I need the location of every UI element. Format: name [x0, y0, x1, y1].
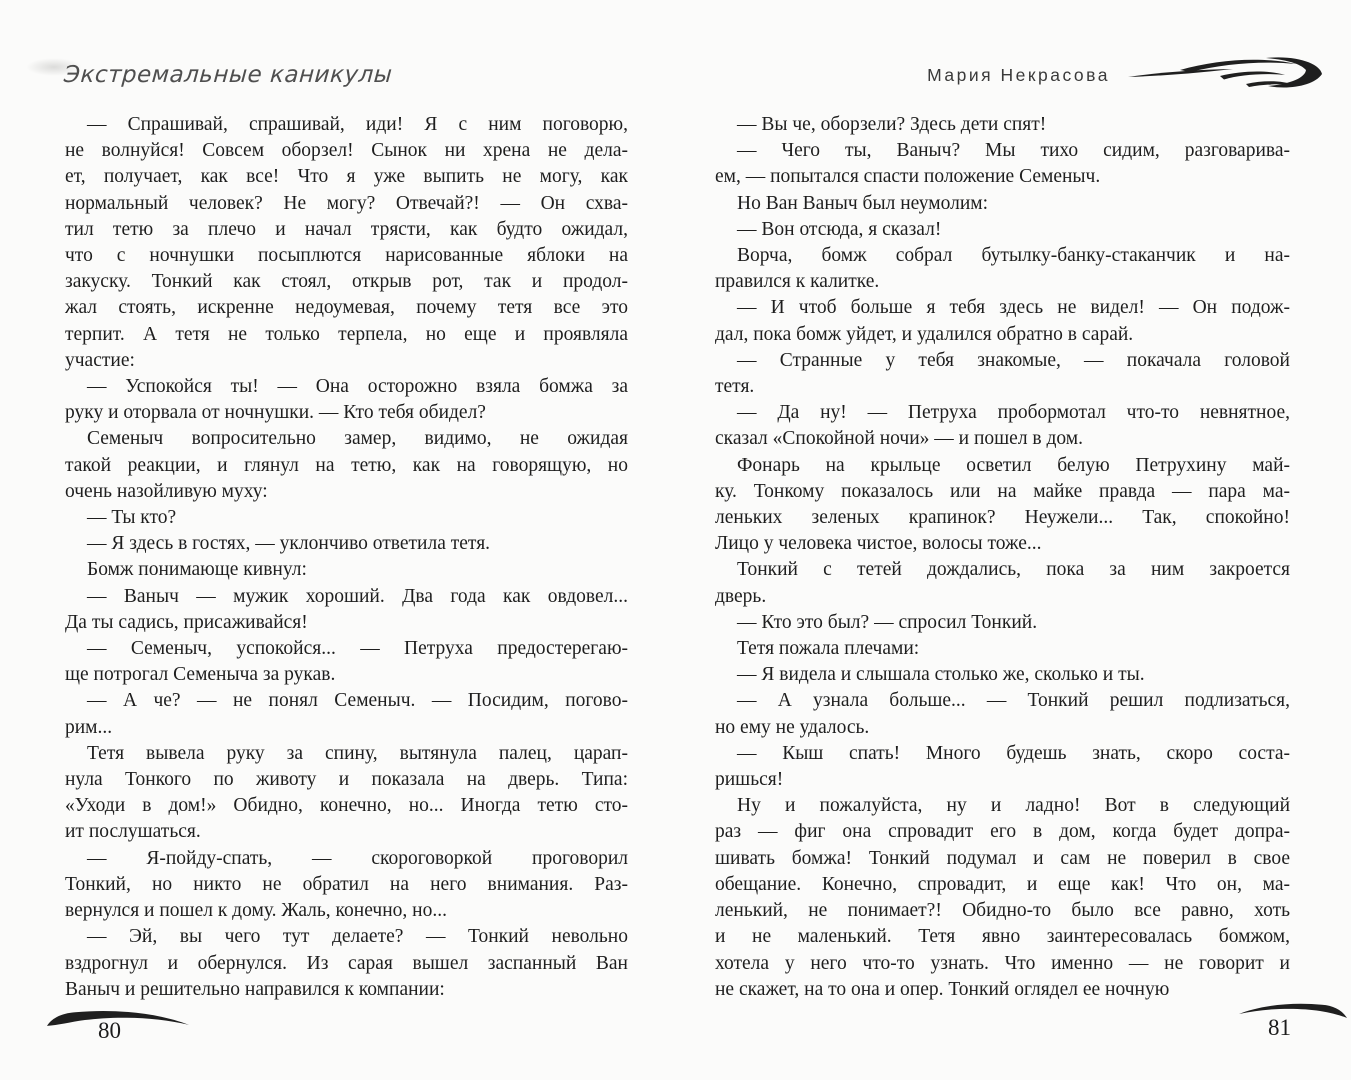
right-page-text: — Вы че, оборзели? Здесь дети спят!— Чег… — [715, 112, 1290, 1003]
text-line: ришься! — [715, 767, 1290, 793]
text-line: Семеныч вопросительно замер, видимо, не … — [65, 426, 628, 452]
text-line: «Уходи в дом!» Обидно, конечно, но... Ин… — [65, 793, 628, 819]
text-line: Да ты садись, присаживайся! — [65, 610, 628, 636]
text-line: — Ты кто? — [65, 505, 628, 531]
paragraph: — Семеныч, успокойся... — Петруха предос… — [65, 636, 628, 688]
text-line: хотела у него что-то узнать. Что именно … — [715, 951, 1290, 977]
text-line: Тетя пожала плечами: — [715, 636, 1290, 662]
text-line: закуску. Тонкий как стоял, открыв рот, т… — [65, 269, 628, 295]
text-line: Ваныч и решительно направился к компании… — [65, 977, 628, 1003]
text-line: сказал «Спокойной ночи» — и пошел в дом. — [715, 426, 1290, 452]
text-line: тетя. — [715, 374, 1290, 400]
paragraph: Тонкий с тетей дождались, пока за ним за… — [715, 557, 1290, 609]
text-line: терпит. А тетя не только терпела, но еще… — [65, 322, 628, 348]
text-line: правился к калитке. — [715, 269, 1290, 295]
text-line: Тетя вывела руку за спину, вытянула пале… — [65, 741, 628, 767]
text-line: тил тетю за плечо и начал трясти, как бу… — [65, 217, 628, 243]
paragraph: — Кыш спать! Много будешь знать, скоро с… — [715, 741, 1290, 793]
paragraph: Ворча, бомж собрал бутылку-банку-стаканч… — [715, 243, 1290, 295]
text-line: — Я-пойду-спать, — скороговоркой прогово… — [65, 846, 628, 872]
text-line: не скажет, на то она и опер. Тонкий огля… — [715, 977, 1290, 1003]
text-line: нула Тонкого по животу и показала на две… — [65, 767, 628, 793]
page-number-left-group: 80 — [46, 1002, 206, 1050]
page-swoosh-right-icon — [1238, 1003, 1348, 1025]
text-line: не волнуйся! Совсем оборзел! Сынок ни хр… — [65, 138, 628, 164]
text-line: — Я здесь в гостях, — уклончиво ответила… — [65, 531, 628, 557]
text-line: жал стоять, искренне недоумевая, почему … — [65, 295, 628, 321]
text-line: — Кто это был? — спросил Тонкий. — [715, 610, 1290, 636]
paragraph: — Эй, вы чего тут делаете? — Тонкий нево… — [65, 924, 628, 1003]
text-line: дверь. — [715, 584, 1290, 610]
paragraph: — Ты кто? — [65, 505, 628, 531]
paragraph: — Я видела и слышала столько же, сколько… — [715, 662, 1290, 688]
text-line: — Успокойся ты! — Она осторожно взяла бо… — [65, 374, 628, 400]
paragraph: — Чего ты, Ваныч? Мы тихо сидим, разгова… — [715, 138, 1290, 190]
text-line: руку и оторвала от ночнушки. — Кто тебя … — [65, 400, 628, 426]
text-line: ленький, не понимает?! Обидно-то было вс… — [715, 898, 1290, 924]
text-line: ще потрогал Семеныча за рукав. — [65, 662, 628, 688]
wave-flourish-icon — [1128, 56, 1324, 94]
text-line: вернулся и пошел к дому. Жаль, конечно, … — [65, 898, 628, 924]
text-line: такой реакции, и глянул на тетю, как на … — [65, 453, 628, 479]
paragraph: — Вон отсюда, я сказал! — [715, 217, 1290, 243]
paragraph: — Странные у тебя знакомые, — покачала г… — [715, 348, 1290, 400]
paragraph: — Я-пойду-спать, — скороговоркой прогово… — [65, 846, 628, 925]
paragraph: Ну и пожалуйста, ну и ладно! Вот в следу… — [715, 793, 1290, 1003]
text-line: — Эй, вы чего тут делаете? — Тонкий нево… — [65, 924, 628, 950]
paragraph: — Вы че, оборзели? Здесь дети спят! — [715, 112, 1290, 138]
text-line: Тонкий, но никто не обратил на него вним… — [65, 872, 628, 898]
text-line: Ворча, бомж собрал бутылку-банку-стаканч… — [715, 243, 1290, 269]
paragraph: — И чтоб больше я тебя здесь не видел! —… — [715, 295, 1290, 347]
paragraph: — Кто это был? — спросил Тонкий. — [715, 610, 1290, 636]
paragraph: Бомж понимающе кивнул: — [65, 557, 628, 583]
text-line: обещание. Конечно, спровадит, и еще как!… — [715, 872, 1290, 898]
page-number-right: 81 — [1268, 1015, 1291, 1041]
text-line: — Да ну! — Петруха пробормотал что-то не… — [715, 400, 1290, 426]
text-line: — Кыш спать! Много будешь знать, скоро с… — [715, 741, 1290, 767]
text-line: вздрогнул и обернулся. Из сарая вышел за… — [65, 951, 628, 977]
text-line: что с ночнушки посыплются нарисованные я… — [65, 243, 628, 269]
text-line: очень назойливую муху: — [65, 479, 628, 505]
left-page-text: — Спрашивай, спрашивай, иди! Я с ним пог… — [65, 112, 628, 1003]
text-line: ку. Тонкому показалось или на майке прав… — [715, 479, 1290, 505]
paragraph: Фонарь на крыльце осветил белую Петрухин… — [715, 453, 1290, 558]
running-header-right: Мария Некрасова — [927, 65, 1110, 86]
running-header-left: Экстремальные каникулы — [63, 62, 393, 88]
text-line: раз — фиг она спровадит его в дом, когда… — [715, 819, 1290, 845]
paragraph: Тетя вывела руку за спину, вытянула пале… — [65, 741, 628, 846]
page-number-left: 80 — [98, 1018, 121, 1044]
paragraph: — Да ну! — Петруха пробормотал что-то не… — [715, 400, 1290, 452]
text-line: — А че? — не понял Семеныч. — Посидим, п… — [65, 688, 628, 714]
text-line: шивать бомжа! Тонкий подумал и сам не по… — [715, 846, 1290, 872]
text-line: ит послушаться. — [65, 819, 628, 845]
text-line: дал, пока бомж уйдет, и удалился обратно… — [715, 322, 1290, 348]
paragraph: Семеныч вопросительно замер, видимо, не … — [65, 426, 628, 505]
text-line: ем, — попытался спасти положение Семеныч… — [715, 164, 1290, 190]
text-line: Лицо у человека чистое, волосы тоже... — [715, 531, 1290, 557]
text-line: но ему не удалось. — [715, 715, 1290, 741]
text-line: участие: — [65, 348, 628, 374]
text-line: Фонарь на крыльце осветил белую Петрухин… — [715, 453, 1290, 479]
text-line: ет, получает, как все! Что я уже выпить … — [65, 164, 628, 190]
paragraph: Но Ван Ваныч был неумолим: — [715, 191, 1290, 217]
text-line: Тонкий с тетей дождались, пока за ним за… — [715, 557, 1290, 583]
right-page-header-row: Мария Некрасова — [712, 52, 1324, 98]
paragraph: — Ваныч — мужик хороший. Два года как ов… — [65, 584, 628, 636]
text-line: Но Ван Ваныч был неумолим: — [715, 191, 1290, 217]
paragraph: — А че? — не понял Семеныч. — Посидим, п… — [65, 688, 628, 740]
paragraph: — Спрашивай, спрашивай, иди! Я с ним пог… — [65, 112, 628, 374]
text-line: и не маленький. Тетя явно заинтересовала… — [715, 924, 1290, 950]
text-line: — Вон отсюда, я сказал! — [715, 217, 1290, 243]
text-line: — Спрашивай, спрашивай, иди! Я с ним пог… — [65, 112, 628, 138]
text-line: — Я видела и слышала столько же, сколько… — [715, 662, 1290, 688]
paragraph: — Успокойся ты! — Она осторожно взяла бо… — [65, 374, 628, 426]
paragraph: Тетя пожала плечами: — [715, 636, 1290, 662]
paragraph: — Я здесь в гостях, — уклончиво ответила… — [65, 531, 628, 557]
page-number-right-group: 81 — [1238, 999, 1351, 1047]
text-line: — Ваныч — мужик хороший. Два года как ов… — [65, 584, 628, 610]
text-line: рим... — [65, 715, 628, 741]
text-line: Бомж понимающе кивнул: — [65, 557, 628, 583]
text-line: — Чего ты, Ваныч? Мы тихо сидим, разгова… — [715, 138, 1290, 164]
text-line: Ну и пожалуйста, ну и ладно! Вот в следу… — [715, 793, 1290, 819]
text-line: — Странные у тебя знакомые, — покачала г… — [715, 348, 1290, 374]
paragraph: — А узнала больше... — Тонкий решил подл… — [715, 688, 1290, 740]
text-line: — Вы че, оборзели? Здесь дети спят! — [715, 112, 1290, 138]
text-line: — Семеныч, успокойся... — Петруха предос… — [65, 636, 628, 662]
text-line: — А узнала больше... — Тонкий решил подл… — [715, 688, 1290, 714]
text-line: — И чтоб больше я тебя здесь не видел! —… — [715, 295, 1290, 321]
text-line: леньких зеленых крапинок? Неужели... Так… — [715, 505, 1290, 531]
text-line: нормальный человек? Не могу? Отвечай?! —… — [65, 191, 628, 217]
